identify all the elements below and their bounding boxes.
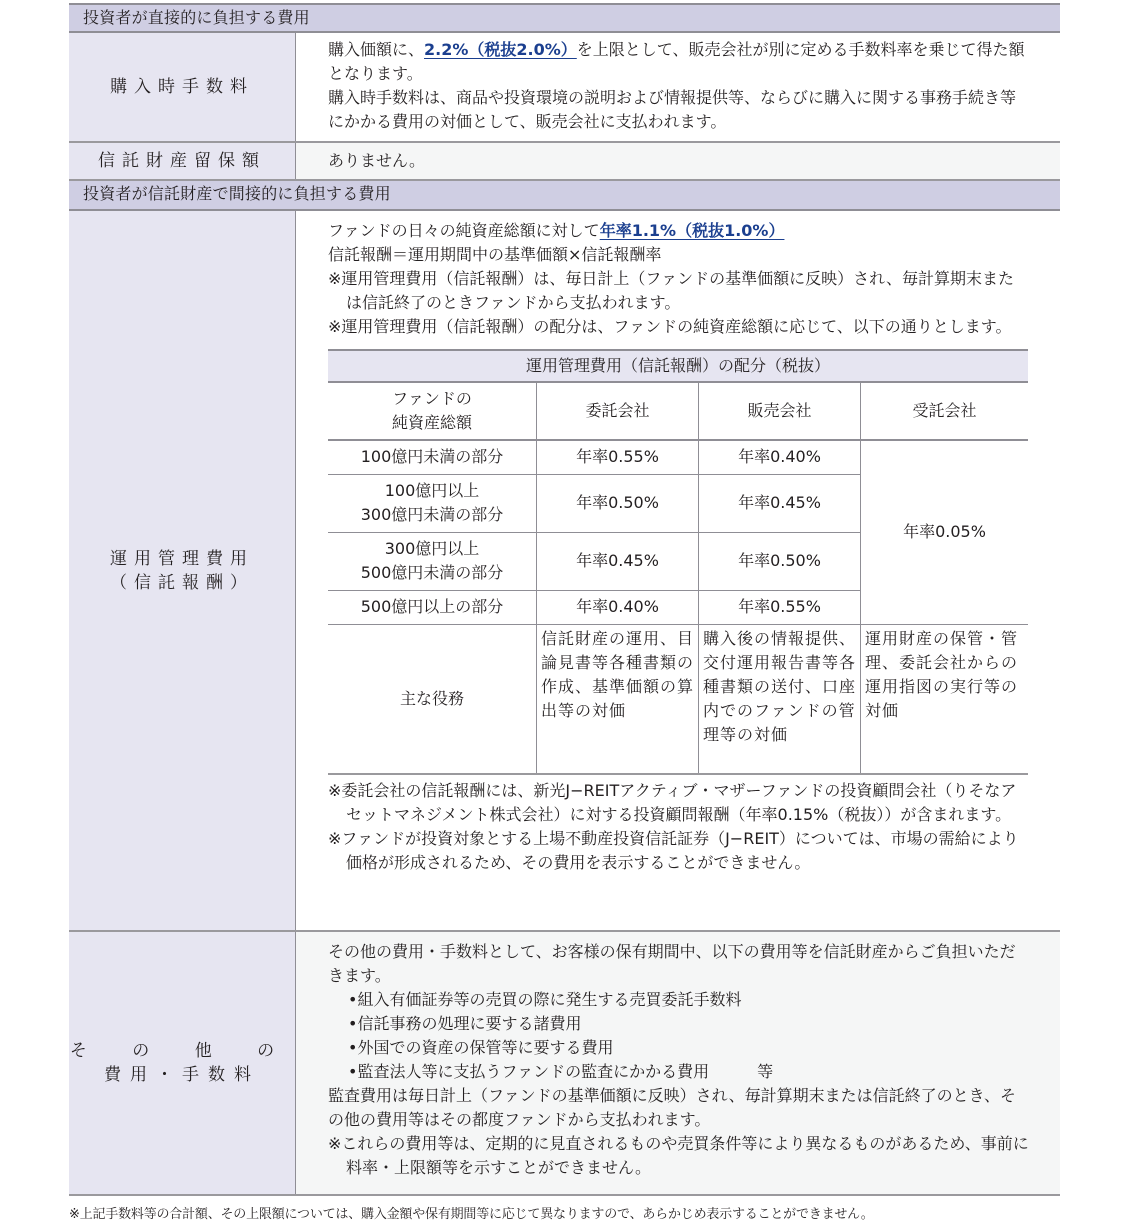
content-management-fee: ファンドの日々の純資産総額に対して年率1.1%（税抜1.0%） 信託報酬＝運用期… xyxy=(296,211,1060,930)
content-purchase-fee: 購入価額に、2.2%（税抜2.0%）を上限として、販売会社が別に定める手数料率を… xyxy=(296,33,1060,141)
label-other-fees: そ の 他 の 費用・手数料 xyxy=(69,932,296,1194)
other-fees-intro: その他の費用・手数料として、お客様の保有期間中、以下の費用等を信託財産からご負担… xyxy=(328,940,1030,988)
label-management-fee: 運用管理費用 （信託報酬） xyxy=(69,211,296,930)
range-cell: 100億円以上 300億円未満の部分 xyxy=(328,474,537,532)
allocation-table: 運用管理費用（信託報酬）の配分（税抜） ファンドの 純資産総額 委託会社 販売会… xyxy=(328,349,1028,775)
table-row: 100億円未満の部分 年率0.55% 年率0.40% 年率0.05% xyxy=(328,440,1028,474)
row-purchase-fee: 購入時手数料 購入価額に、2.2%（税抜2.0%）を上限として、販売会社が別に定… xyxy=(69,33,1060,143)
itaku-rate-cell: 年率0.50% xyxy=(537,474,699,532)
label-purchase-fee: 購入時手数料 xyxy=(69,33,296,141)
management-fee-note-1: ※運用管理費用（信託報酬）は、毎日計上（ファンドの基準価額に反映）され、毎計算期… xyxy=(328,267,1030,315)
label-other-fees-line1: そ の 他 の xyxy=(70,1039,294,1063)
management-fee-rate-highlight: 年率1.1%（税抜1.0%） xyxy=(600,221,785,240)
jutaku-rate-cell: 年率0.05% xyxy=(861,440,1029,624)
range-cell: 500億円以上の部分 xyxy=(328,590,537,624)
hanbai-rate-cell: 年率0.40% xyxy=(699,440,861,474)
col-header-hanbai: 販売会社 xyxy=(699,382,861,440)
other-fees-bullet: •信託事務の処理に要する諸費用 xyxy=(328,1012,1030,1036)
range-text: 100億円以上 xyxy=(332,479,532,503)
hanbai-rate-cell: 年率0.45% xyxy=(699,474,861,532)
other-fees-note: ※これらの費用等は、定期的に見直されるものや売買条件等により異なるものがあるため… xyxy=(328,1132,1030,1180)
allocation-table-header-row: ファンドの 純資産総額 委託会社 販売会社 受託会社 xyxy=(328,382,1028,440)
range-cell: 300億円以上 500億円未満の部分 xyxy=(328,532,537,590)
roles-hanbai-cell: 購入後の情報提供、交付運用報告書等各種書類の送付、口座内でのファンドの管理等の対… xyxy=(699,624,861,774)
row-other-fees: そ の 他 の 費用・手数料 その他の費用・手数料として、お客様の保有期間中、以… xyxy=(69,932,1060,1196)
label-management-fee-line2: （信託報酬） xyxy=(110,571,254,595)
management-fee-note-2: ※運用管理費用（信託報酬）の配分は、ファンドの純資産総額に応じて、以下の通りとし… xyxy=(328,315,1030,339)
range-text: 300億円未満の部分 xyxy=(332,503,532,527)
col-header-itaku: 委託会社 xyxy=(537,382,699,440)
header-text: 純資産総額 xyxy=(332,411,532,435)
management-fee-formula: 信託報酬＝運用期間中の基準価額×信託報酬率 xyxy=(328,243,1030,267)
other-fees-bullet: •組入有価証券等の売買の際に発生する売買委託手数料 xyxy=(328,988,1030,1012)
itaku-rate-cell: 年率0.55% xyxy=(537,440,699,474)
allocation-table-caption: 運用管理費用（信託報酬）の配分（税抜） xyxy=(328,350,1028,382)
section-header-direct-costs: 投資者が直接的に負担する費用 xyxy=(69,3,1060,33)
purchase-fee-description: 購入時手数料は、商品や投資環境の説明および情報提供等、ならびに購入に関する事務手… xyxy=(328,86,1030,134)
roles-label-cell: 主な役務 xyxy=(328,624,537,774)
table-row-roles: 主な役務 信託財産の運用、目論見書等各種書類の作成、基準価額の算出等の対価 購入… xyxy=(328,624,1028,774)
content-other-fees: その他の費用・手数料として、お客様の保有期間中、以下の費用等を信託財産からご負担… xyxy=(296,932,1060,1194)
itaku-rate-cell: 年率0.45% xyxy=(537,532,699,590)
purchase-fee-rate-text: 購入価額に、2.2%（税抜2.0%）を上限として、販売会社が別に定める手数料率を… xyxy=(328,38,1030,86)
row-management-fee: 運用管理費用 （信託報酬） ファンドの日々の純資産総額に対して年率1.1%（税抜… xyxy=(69,211,1060,932)
header-text: ファンドの xyxy=(332,387,532,411)
other-fees-audit-note: 監査費用は毎日計上（ファンドの基準価額に反映）され、毎計算期末または信託終了のと… xyxy=(328,1084,1030,1132)
retention-value: ありません。 xyxy=(296,143,1060,179)
hanbai-rate-cell: 年率0.50% xyxy=(699,532,861,590)
management-fee-rate-text: ファンドの日々の純資産総額に対して年率1.1%（税抜1.0%） xyxy=(328,219,1030,243)
roles-jutaku-cell: 運用財産の保管・管理、委託会社からの運用指図の実行等の対価 xyxy=(861,624,1029,774)
range-cell: 100億円未満の部分 xyxy=(328,440,537,474)
text-segment: 購入価額に、 xyxy=(328,40,424,59)
col-header-jutaku: 受託会社 xyxy=(861,382,1029,440)
roles-itaku-cell: 信託財産の運用、目論見書等各種書類の作成、基準価額の算出等の対価 xyxy=(537,624,699,774)
purchase-fee-rate-highlight: 2.2%（税抜2.0%） xyxy=(424,40,577,59)
management-fee-note-3: ※委託会社の信託報酬には、新光J−REITアクティブ・マザーファンドの投資顧問会… xyxy=(328,779,1030,827)
footer-note: ※上記手数料等の合計額、その上限額については、購入金額や保有期間等に応じて異なり… xyxy=(69,1206,874,1224)
label-retention: 信託財産留保額 xyxy=(69,143,296,179)
col-header-net-assets: ファンドの 純資産総額 xyxy=(328,382,537,440)
fee-table: 投資者が直接的に負担する費用 購入時手数料 購入価額に、2.2%（税抜2.0%）… xyxy=(69,3,1060,1196)
other-fees-bullet: •監査法人等に支払うファンドの監査にかかる費用 等 xyxy=(328,1060,1030,1084)
hanbai-rate-cell: 年率0.55% xyxy=(699,590,861,624)
range-text: 500億円未満の部分 xyxy=(332,561,532,585)
label-management-fee-line1: 運用管理費用 xyxy=(110,547,254,571)
text-segment: ファンドの日々の純資産総額に対して xyxy=(328,221,600,240)
other-fees-bullet: •外国での資産の保管等に要する費用 xyxy=(328,1036,1030,1060)
range-text: 300億円以上 xyxy=(332,537,532,561)
itaku-rate-cell: 年率0.40% xyxy=(537,590,699,624)
management-fee-note-4: ※ファンドが投資対象とする上場不動産投資信託証券（J−REIT）については、市場… xyxy=(328,827,1030,875)
label-other-fees-line2: 費用・手数料 xyxy=(70,1063,294,1087)
row-retention: 信託財産留保額 ありません。 xyxy=(69,143,1060,181)
section-header-indirect-costs: 投資者が信託財産で間接的に負担する費用 xyxy=(69,181,1060,211)
